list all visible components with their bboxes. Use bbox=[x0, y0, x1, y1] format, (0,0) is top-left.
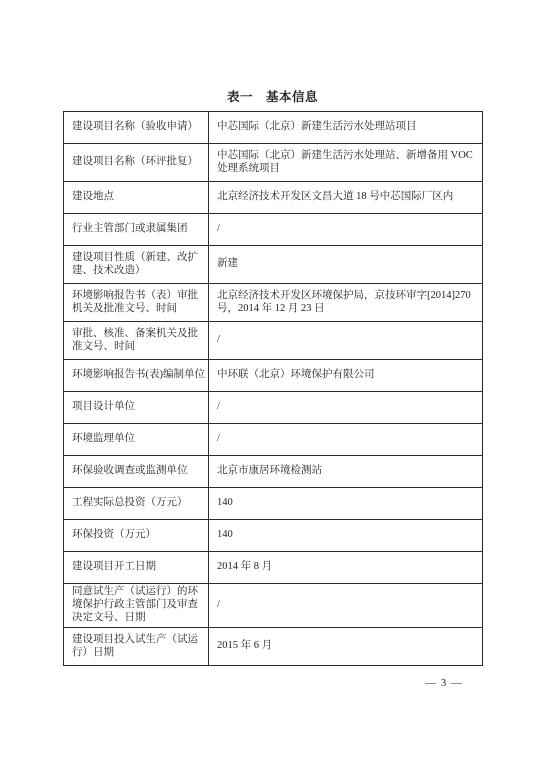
row-label: 环保投资（万元） bbox=[64, 520, 209, 552]
table-row: 环境监理单位 / bbox=[64, 424, 483, 456]
row-label: 建设项目开工日期 bbox=[64, 552, 209, 584]
table-row: 建设项目性质（新建、改扩建、技术改造） 新建 bbox=[64, 246, 483, 284]
page-number: — 3 — bbox=[425, 677, 463, 689]
basic-info-table: 建设项目名称（验收申请） 中芯国际（北京）新建生活污水处理站项目 建设项目名称（… bbox=[63, 111, 483, 666]
table-row: 建设项目名称（环评批复） 中芯国际（北京）新建生活污水处理站、新增备用 VOC … bbox=[64, 144, 483, 182]
row-value: 中芯国际（北京）新建生活污水处理站项目 bbox=[209, 112, 483, 144]
table-row: 建设项目开工日期 2014 年 8 月 bbox=[64, 552, 483, 584]
row-label: 环保验收调查或监测单位 bbox=[64, 456, 209, 488]
row-value: 北京经济技术开发区文昌大道 18 号中芯国际厂区内 bbox=[209, 182, 483, 214]
row-value: 140 bbox=[209, 488, 483, 520]
row-value: 新建 bbox=[209, 246, 483, 284]
table-row: 建设项目名称（验收申请） 中芯国际（北京）新建生活污水处理站项目 bbox=[64, 112, 483, 144]
row-label: 环境监理单位 bbox=[64, 424, 209, 456]
row-value: 北京市康居环境检测站 bbox=[209, 456, 483, 488]
row-value: 北京经济技术开发区环境保护局，京技环审字[2014]270 号，2014 年 1… bbox=[209, 284, 483, 322]
table-row: 工程实际总投资（万元） 140 bbox=[64, 488, 483, 520]
table-row: 环境影响报告书（表）审批机关及批准文号、时间 北京经济技术开发区环境保护局，京技… bbox=[64, 284, 483, 322]
row-label: 同意试生产（试运行）的环境保护行政主管部门及审查决定文号、日期 bbox=[64, 584, 209, 628]
table-row: 建设地点 北京经济技术开发区文昌大道 18 号中芯国际厂区内 bbox=[64, 182, 483, 214]
row-value: / bbox=[209, 584, 483, 628]
row-label: 建设地点 bbox=[64, 182, 209, 214]
table-row: 同意试生产（试运行）的环境保护行政主管部门及审查决定文号、日期 / bbox=[64, 584, 483, 628]
row-label: 建设项目投入试生产（试运行）日期 bbox=[64, 628, 209, 666]
row-value: / bbox=[209, 392, 483, 424]
row-value: 中环联（北京）环境保护有限公司 bbox=[209, 360, 483, 392]
row-label: 工程实际总投资（万元） bbox=[64, 488, 209, 520]
row-value: 中芯国际（北京）新建生活污水处理站、新增备用 VOC 处理系统项目 bbox=[209, 144, 483, 182]
row-value: / bbox=[209, 322, 483, 360]
row-label: 建设项目性质（新建、改扩建、技术改造） bbox=[64, 246, 209, 284]
table-row: 建设项目投入试生产（试运行）日期 2015 年 6 月 bbox=[64, 628, 483, 666]
table-title: 表一 基本信息 bbox=[63, 87, 482, 105]
table-row: 行业主管部门或隶属集团 / bbox=[64, 214, 483, 246]
table-row: 环保验收调查或监测单位 北京市康居环境检测站 bbox=[64, 456, 483, 488]
table-row: 环保投资（万元） 140 bbox=[64, 520, 483, 552]
row-label: 审批、核准、备案机关及批准文号、时间 bbox=[64, 322, 209, 360]
row-value: 2015 年 6 月 bbox=[209, 628, 483, 666]
table-row: 审批、核准、备案机关及批准文号、时间 / bbox=[64, 322, 483, 360]
row-value: / bbox=[209, 214, 483, 246]
row-label: 建设项目名称（环评批复） bbox=[64, 144, 209, 182]
table-row: 项目设计单位 / bbox=[64, 392, 483, 424]
table-row: 环境影响报告书(表)编制单位 中环联（北京）环境保护有限公司 bbox=[64, 360, 483, 392]
basic-info-table-body: 建设项目名称（验收申请） 中芯国际（北京）新建生活污水处理站项目 建设项目名称（… bbox=[64, 112, 483, 666]
row-label: 项目设计单位 bbox=[64, 392, 209, 424]
row-value: 2014 年 8 月 bbox=[209, 552, 483, 584]
row-label: 行业主管部门或隶属集团 bbox=[64, 214, 209, 246]
row-label: 建设项目名称（验收申请） bbox=[64, 112, 209, 144]
row-label: 环境影响报告书(表)编制单位 bbox=[64, 360, 209, 392]
document-page: 表一 基本信息 建设项目名称（验收申请） 中芯国际（北京）新建生活污水处理站项目… bbox=[0, 0, 550, 778]
row-value: / bbox=[209, 424, 483, 456]
row-label: 环境影响报告书（表）审批机关及批准文号、时间 bbox=[64, 284, 209, 322]
row-value: 140 bbox=[209, 520, 483, 552]
